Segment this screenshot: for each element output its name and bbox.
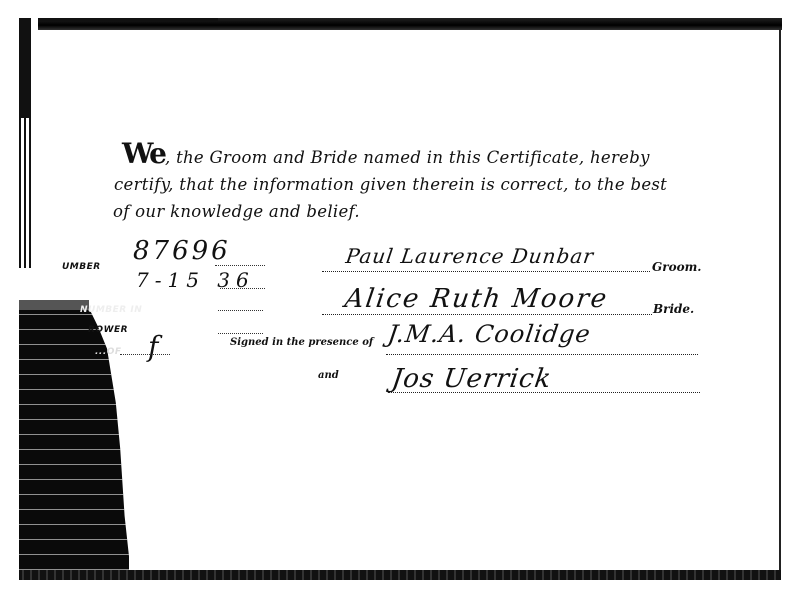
mark-value: f [148, 330, 158, 363]
witness-2-signature: Jos Uerrick [390, 364, 554, 394]
certification-line-3: of our knowledge and belief. [113, 198, 716, 225]
number-dotted-line [215, 265, 265, 266]
bride-signature: Alice Ruth Moore [343, 284, 610, 314]
number-in-dotted-line [218, 310, 263, 311]
certification-line-2: certify, that the information given ther… [114, 171, 716, 198]
groom-signature: Paul Laurence Dunbar [344, 244, 595, 268]
left-border-lines [19, 118, 33, 268]
certificate-number: 87696 [133, 236, 231, 266]
bride-label: Bride. [653, 302, 694, 316]
top-border-thin [38, 18, 218, 22]
form-label-number-in: NUMBER IN [80, 305, 142, 315]
right-border [779, 28, 781, 578]
groom-signature-line [322, 271, 650, 272]
dropcap-we: We [122, 137, 165, 170]
form-label-of: ...OF [95, 347, 122, 357]
witness-2-line [388, 392, 700, 393]
witness-1-signature: J.M.A. Coolidge [386, 320, 593, 348]
certification-paragraph: We, the Groom and Bride named in this Ce… [116, 140, 716, 225]
form-label-number: UMBER [62, 262, 101, 272]
date-dotted-line [220, 288, 265, 289]
witness-intro: Signed in the presence of [230, 337, 373, 348]
form-label-rower: ROWER [88, 325, 128, 335]
scan-smudge [19, 300, 89, 310]
scan-dark-region [19, 300, 129, 570]
and-label: and [318, 370, 339, 381]
certification-line-1-text: , the Groom and Bride named in this Cert… [165, 148, 650, 167]
of-dotted-line [120, 354, 170, 355]
left-border [19, 18, 31, 118]
certificate-page: We, the Groom and Bride named in this Ce… [0, 0, 800, 600]
witness-1-line [386, 354, 698, 355]
certification-line-1: We, the Groom and Bride named in this Ce… [116, 140, 716, 171]
bottom-border [19, 570, 781, 580]
bride-signature-line [322, 314, 652, 315]
groom-label: Groom. [652, 260, 701, 274]
rower-dotted-line [218, 333, 263, 334]
